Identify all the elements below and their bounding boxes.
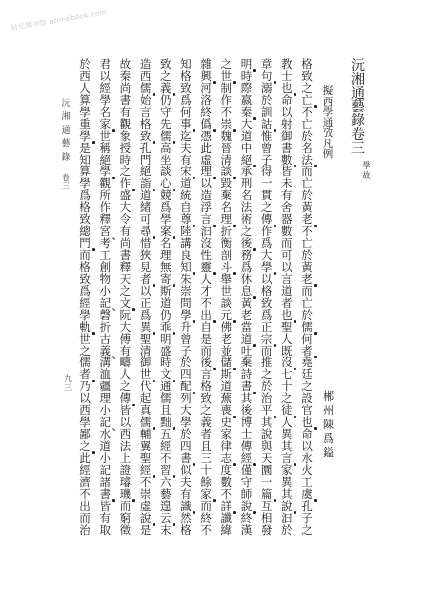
text-column-4: 明時際嬴秦大道中絕承刑名法術之後務爲休息黃老當道吐棄詩書其後博士傳經僅守師說終漢 [240,59,253,537]
text-column-8: 致之義仍守先儒高坐談心競爲學案名理無寄斯道仍乖明盛時文通儒且黜五經不習六藝遑云末 [159,59,172,537]
text-column-7: 知格致爲何事迄夫有宋道統自尊陸講良知朱崇問學升曾子於四配列大學於四書似夫有識然格 [179,59,192,537]
glyph: 爲 [322,432,335,446]
glyph: 藝 [61,138,71,151]
book-title: 沅湘通藝錄卷三 [350,60,366,157]
glyph: 徵 [119,525,132,537]
page-number: 九三 [63,375,73,392]
margin-volume: 卷三 [61,174,71,189]
glyph: 末 [159,525,172,537]
author-byline: 郴州陳爲鎰 [322,390,335,460]
glyph: 漢 [240,525,253,537]
glyph: 鎰 [322,446,335,460]
text-column-2: 教士也命以射御書數皆未有舍器數而可以言道者也聖人既沒七十之徒人異其言家異其說汩於 [280,59,293,537]
glyph: 是 [139,525,152,537]
section-tag: 學故 [362,161,371,181]
glyph: 州 [322,404,335,418]
text-column-12: 於西人算學重學是知算學爲格致總門而格致爲經學軌世之儒者乃以西學鄙之此經濟不出而治 [79,59,92,537]
margin-book-title: 沅湘通藝錄 [61,98,71,165]
text-column-1: 格致之亡不亡於名法而亡於黃老不亡於黃老而亡於儒何者堯廷之設官也命以水火工虞孔子之 [301,59,314,537]
text-column-11: 君以經學名家世稱絕學觀所作釋宮考工創物小記磬折古義溝洫疆理小記水道小記諸書皆有取 [99,59,112,537]
glyph: 湘 [61,111,71,124]
glyph: 格 [179,525,192,537]
glyph: 發 [260,525,273,537]
glyph: 陳 [322,418,335,432]
glyph: 通 [61,125,71,138]
glyph: 例 [322,149,334,160]
text-column-9: 造西儒始言格致孔門絕詣道緒可尋惜狹見者以正爲異聖清御世代起真儒輔翼聖經不崇虛說是 [139,59,152,537]
glyph: 三 [63,384,73,393]
text-column-10: 故秦尚書有觀象授時之作盛大令有尚書釋天之文阮大傅有疇人之傳皆以西法上證璿璣而窮徵 [119,59,132,537]
glyph: 之 [301,525,314,537]
glyph: 治 [79,525,92,537]
glyph: 沅 [61,98,71,111]
watermark: 时光图书馆 atimebook.com [10,7,108,34]
glyph: 郴 [322,390,335,404]
glyph: 不 [200,525,213,537]
glyph: 錄 [61,152,71,165]
glyph: 攷 [322,128,334,139]
glyph: 擬 [322,86,334,97]
glyph: 於 [280,525,293,537]
glyph: 三 [350,143,366,157]
glyph: 緯 [220,525,233,537]
glyph: 三 [61,182,71,190]
glyph: 取 [99,525,112,537]
text-column-3: 章句溺於訓詁惟曾子得一貫之傳作爲大學以格致爲正宗而推之於治平其說與天圜一篇互相發 [260,59,273,537]
glyph: 故 [362,171,371,181]
article-title: 擬西學通攷凡例 [322,86,334,160]
text-column-5: 之世制作不崇魏晉清談毀棄名理折衡剖斗舉世談元佛老並儲斯道蕪喪史家律志度數不詳讖緯 [220,59,233,537]
glyph: 學 [362,161,371,171]
text-column-6: 雜興河洛終僞憑此虛理以造浮言汩沒性靈人才不出自是而後言格致之義者且三十餘家而終不 [200,59,213,537]
glyph: 學 [322,107,334,118]
